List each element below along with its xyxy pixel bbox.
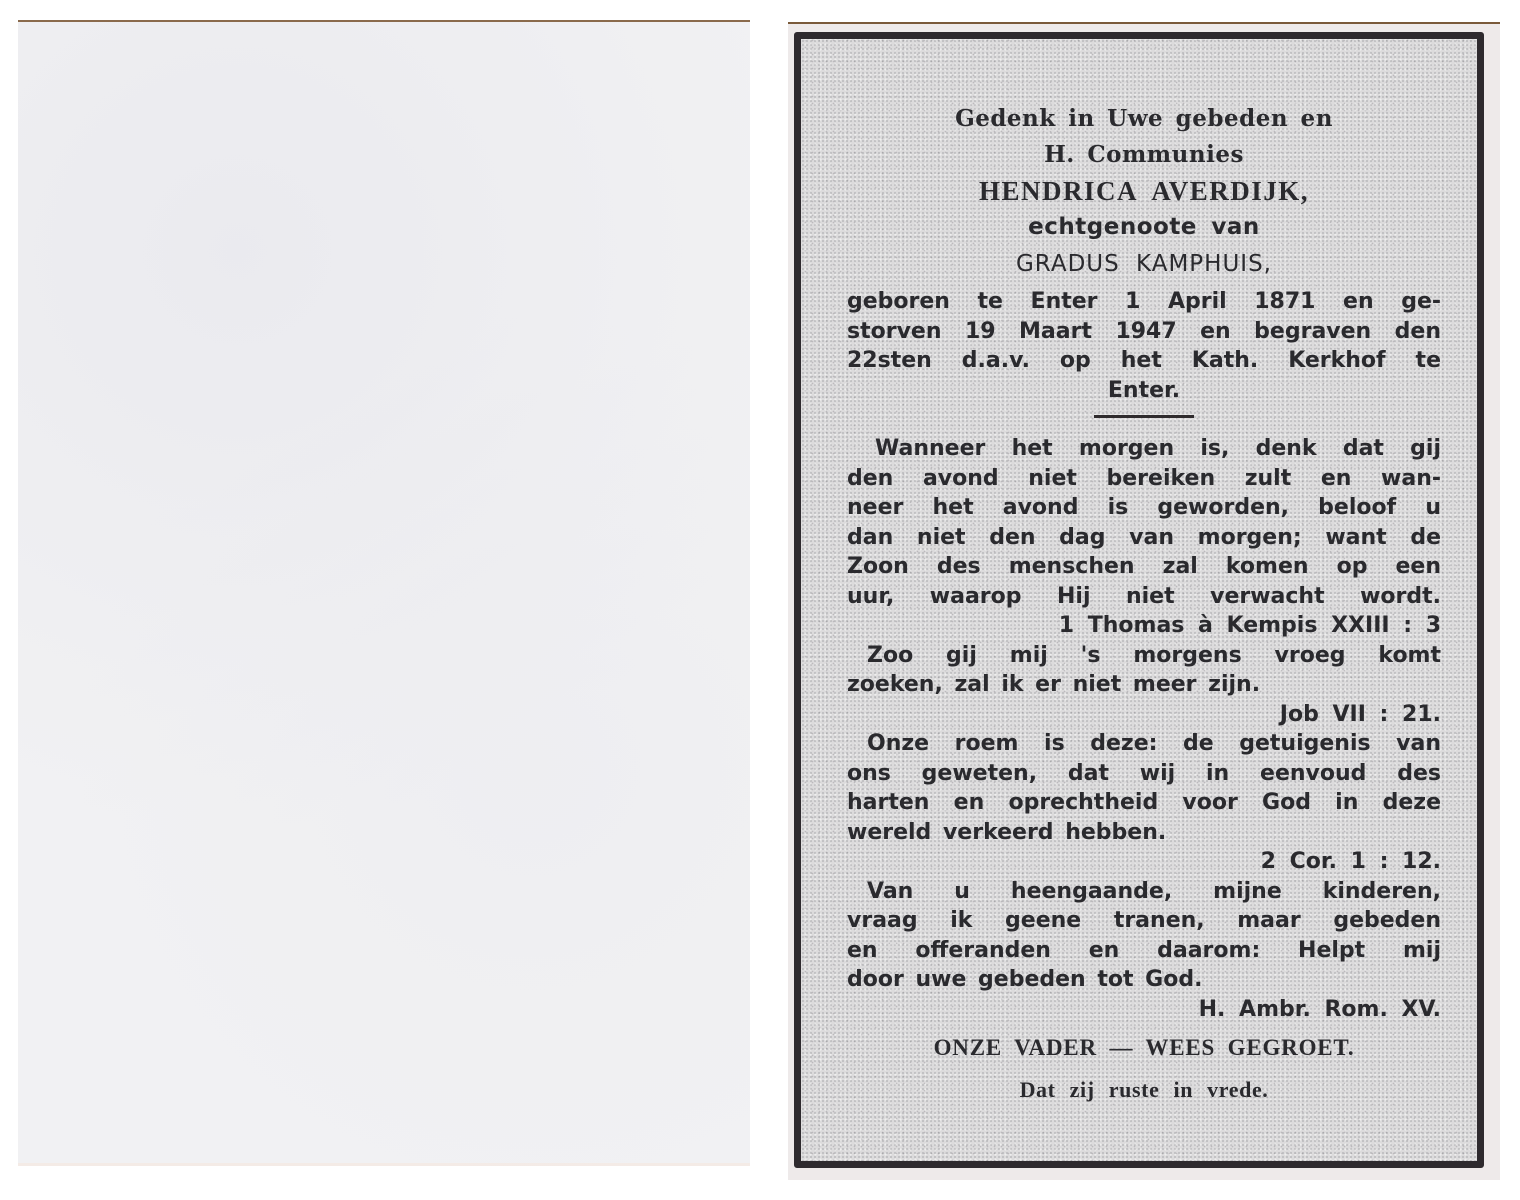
closing-line: Dat zij ruste in vrede. — [847, 1072, 1441, 1108]
passage-line: Wanneer het morgen is, denk dat gij — [847, 434, 1441, 464]
section-divider — [1094, 415, 1194, 418]
biography-line: 22sten d.a.v. op het Kath. Kerkhof te — [847, 346, 1441, 376]
passage-ambrosius: Van u heengaande, mijne kinderen, vraag … — [847, 877, 1441, 995]
passage-thomas-a-kempis: Wanneer het morgen is, denk dat gij den … — [847, 434, 1441, 611]
relation-text: echtgenoote van — [847, 209, 1441, 245]
biography-line: geboren te Enter 1 April 1871 en ge- — [847, 287, 1441, 317]
passage-job: Zoo gij mij 's morgens vroeg komt zoeken… — [847, 641, 1441, 700]
biography: geboren te Enter 1 April 1871 en ge- sto… — [847, 287, 1441, 405]
citation-corinthians: 2 Cor. 1 : 12. — [847, 847, 1441, 877]
passage-line: vraag ik geene tranen, maar gebeden — [847, 906, 1441, 936]
passage-line: den avond niet bereiken zult en wan- — [847, 464, 1441, 494]
spouse-name: GRADUS KAMPHUIS, — [847, 245, 1441, 283]
passage-line: dan niet den dag van morgen; want de — [847, 523, 1441, 553]
memorial-card-front: Gedenk in Uwe gebeden en H. Communies HE… — [788, 22, 1500, 1180]
deceased-name: HENDRICA AVERDIJK, — [847, 173, 1441, 209]
passage-line: en offeranden en daarom: Helpt mij — [847, 936, 1441, 966]
passage-line: wereld verkeerd hebben. — [847, 818, 1441, 848]
passage-line: door uwe gebeden tot God. — [847, 965, 1441, 995]
passage-line: Onze roem is deze: de getuigenis van — [847, 729, 1441, 759]
passage-line: uur, waarop Hij niet verwacht wordt. — [847, 582, 1441, 612]
citation-ambrosius: H. Ambr. Rom. XV. — [847, 995, 1441, 1025]
biography-line: storven 19 Maart 1947 en begraven den — [847, 317, 1441, 347]
passage-line: Zoo gij mij 's morgens vroeg komt — [847, 641, 1441, 671]
passage-line: harten en oprechtheid voor God in deze — [847, 788, 1441, 818]
passage-line: Van u heengaande, mijne kinderen, — [847, 877, 1441, 907]
citation-thomas-a-kempis: 1 Thomas à Kempis XXIII : 3 — [847, 611, 1441, 641]
passage-corinthians: Onze roem is deze: de getuigenis van ons… — [847, 729, 1441, 847]
prayers-line: ONZE VADER — WEES GEGROET. — [847, 1030, 1441, 1066]
mourning-border-frame: Gedenk in Uwe gebeden en H. Communies HE… — [794, 32, 1484, 1168]
passage-line: neer het avond is geworden, beloof u — [847, 493, 1441, 523]
passage-line: zoeken, zal ik er niet meer zijn. — [847, 670, 1441, 700]
passage-line: Zoon des menschen zal komen op een — [847, 552, 1441, 582]
memorial-text: Gedenk in Uwe gebeden en H. Communies HE… — [847, 101, 1441, 1108]
memorial-card-back — [18, 20, 750, 1166]
passage-line: ons geweten, dat wij in eenvoud des — [847, 759, 1441, 789]
citation-job: Job VII : 21. — [847, 700, 1441, 730]
header-line-1: Gedenk in Uwe gebeden en — [847, 101, 1441, 137]
header-line-2: H. Communies — [847, 137, 1441, 173]
biography-line: Enter. — [847, 376, 1441, 406]
